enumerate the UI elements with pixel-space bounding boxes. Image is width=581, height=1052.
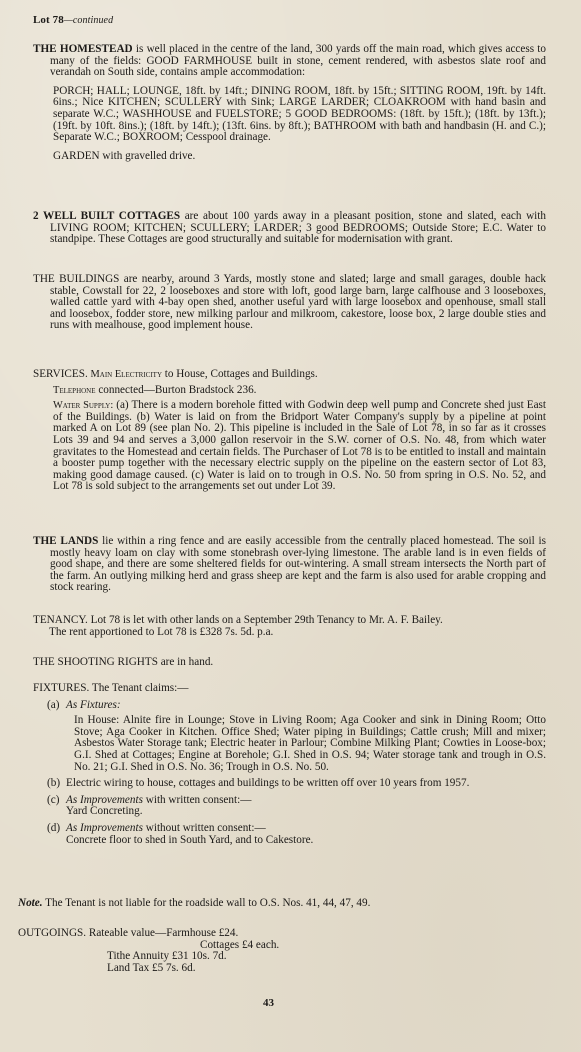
note-paragraph: Note. The Tenant is not liable for the r… bbox=[18, 898, 531, 910]
fixture-label: (b) bbox=[47, 778, 60, 790]
fixture-heading-italic: As Fixtures: bbox=[66, 699, 121, 711]
cottages-paragraph: 2 WELL BUILT COTTAGES are about 100 yard… bbox=[33, 211, 546, 246]
note-section: Note. The Tenant is not liable for the r… bbox=[18, 898, 531, 910]
fixtures-section: FIXTURES. The Tenant claims:— (a) As Fix… bbox=[33, 683, 546, 846]
homestead-paragraph: THE HOMESTEAD is well placed in the cent… bbox=[33, 44, 546, 79]
homestead-section: THE HOMESTEAD is well placed in the cent… bbox=[33, 44, 546, 162]
fixture-item-d: (d) As Improvements without written cons… bbox=[33, 823, 546, 846]
electricity-text: to House, Cottages and Buildings. bbox=[162, 368, 318, 380]
fixtures-intro: FIXTURES. The Tenant claims:— bbox=[33, 683, 546, 695]
telephone-text: connected—Burton Bradstock 236. bbox=[96, 384, 257, 396]
tenancy-text: Lot 78 is let with other lands on a Sept… bbox=[88, 614, 443, 626]
cottages-section: 2 WELL BUILT COTTAGES are about 100 yard… bbox=[33, 211, 546, 246]
outgoings-heading: OUTGOINGS. bbox=[18, 927, 86, 939]
lot-number: Lot 78 bbox=[33, 14, 64, 26]
page-number: 43 bbox=[263, 997, 274, 1009]
outgoings-tithe: Tithe Annuity £31 10s. 7d. bbox=[18, 951, 531, 963]
continued-label: —continued bbox=[64, 15, 113, 26]
water-supply-label: Water Supply: bbox=[53, 400, 113, 411]
tenancy-paragraph: TENANCY. Lot 78 is let with other lands … bbox=[33, 615, 546, 627]
buildings-heading: THE BUILDINGS bbox=[33, 273, 119, 285]
fixture-body: Electric wiring to house, cottages and b… bbox=[66, 778, 546, 790]
fixture-body: In House: Alnite fire in Lounge; Stove i… bbox=[66, 715, 546, 773]
fixtures-heading: FIXTURES. bbox=[33, 682, 89, 694]
fixture-body: Concrete floor to shed in South Yard, an… bbox=[66, 835, 546, 847]
shooting-rights: THE SHOOTING RIGHTS are in hand. bbox=[33, 657, 546, 669]
fixture-body: Yard Concreting. bbox=[66, 806, 546, 818]
shooting-section: THE SHOOTING RIGHTS are in hand. bbox=[33, 657, 546, 669]
lands-heading: THE LANDS bbox=[33, 535, 98, 547]
telephone-label: Telephone bbox=[53, 385, 96, 396]
water-supply-text: (a) There is a modern borehole fitted wi… bbox=[53, 399, 546, 492]
rateable-value: Rateable value—Farmhouse £24. bbox=[86, 927, 238, 939]
fixture-heading: As Improvements without written consent:… bbox=[66, 823, 546, 835]
fixture-label: (c) bbox=[47, 795, 59, 807]
outgoings-rateable: OUTGOINGS. Rateable value—Farmhouse £24. bbox=[18, 928, 531, 940]
fixture-heading-italic: As Improvements bbox=[66, 794, 143, 806]
fixture-label: (d) bbox=[47, 823, 60, 835]
homestead-garden: GARDEN with gravelled drive. bbox=[33, 151, 546, 163]
services-electricity: SERVICES. Main Electricity to House, Cot… bbox=[33, 369, 546, 381]
lands-section: THE LANDS lie within a ring fence and ar… bbox=[33, 536, 546, 594]
buildings-paragraph: THE BUILDINGS are nearby, around 3 Yards… bbox=[33, 274, 546, 332]
fixture-item-c: (c) As Improvements with written consent… bbox=[33, 795, 546, 818]
buildings-section: THE BUILDINGS are nearby, around 3 Yards… bbox=[33, 274, 546, 332]
note-label: Note. bbox=[18, 897, 43, 909]
fixture-item-b: (b) Electric wiring to house, cottages a… bbox=[33, 778, 546, 790]
electricity-label: Main Electricity bbox=[91, 369, 162, 380]
services-water-supply: Water Supply: (a) There is a modern bore… bbox=[33, 400, 546, 493]
outgoings-land-tax: Land Tax £5 7s. 6d. bbox=[18, 963, 531, 975]
fixture-heading: As Fixtures: bbox=[66, 700, 546, 712]
lands-paragraph: THE LANDS lie within a ring fence and ar… bbox=[33, 536, 546, 594]
tenancy-section: TENANCY. Lot 78 is let with other lands … bbox=[33, 615, 546, 638]
lands-text: lie within a ring fence and are easily a… bbox=[50, 535, 546, 593]
fixtures-intro-text: The Tenant claims:— bbox=[89, 682, 188, 694]
fixture-item-a: (a) As Fixtures: In House: Alnite fire i… bbox=[33, 700, 546, 774]
services-heading: SERVICES. bbox=[33, 368, 88, 380]
document-page: Lot 78—continued THE HOMESTEAD is well p… bbox=[0, 0, 581, 1052]
outgoings-section: OUTGOINGS. Rateable value—Farmhouse £24.… bbox=[18, 928, 531, 974]
fixture-label: (a) bbox=[47, 700, 59, 712]
fixture-heading-rest: without written consent:— bbox=[143, 822, 266, 834]
services-telephone: Telephone connected—Burton Bradstock 236… bbox=[33, 385, 546, 397]
tenancy-rent: The rent apportioned to Lot 78 is £328 7… bbox=[33, 627, 546, 639]
outgoings-cottages: Cottages £4 each. bbox=[18, 940, 531, 952]
tenancy-heading: TENANCY. bbox=[33, 614, 88, 626]
services-section: SERVICES. Main Electricity to House, Cot… bbox=[33, 369, 546, 493]
fixture-heading-italic: As Improvements bbox=[66, 822, 143, 834]
homestead-rooms: PORCH; HALL; LOUNGE, 18ft. by 14ft.; DIN… bbox=[33, 86, 546, 144]
running-head: Lot 78—continued bbox=[33, 14, 113, 26]
buildings-text: are nearby, around 3 Yards, mostly stone… bbox=[50, 273, 546, 331]
fixture-heading-rest: with written consent:— bbox=[143, 794, 251, 806]
cottages-heading: 2 WELL BUILT COTTAGES bbox=[33, 210, 180, 222]
note-text: The Tenant is not liable for the roadsid… bbox=[43, 897, 371, 909]
homestead-heading: THE HOMESTEAD bbox=[33, 43, 133, 55]
